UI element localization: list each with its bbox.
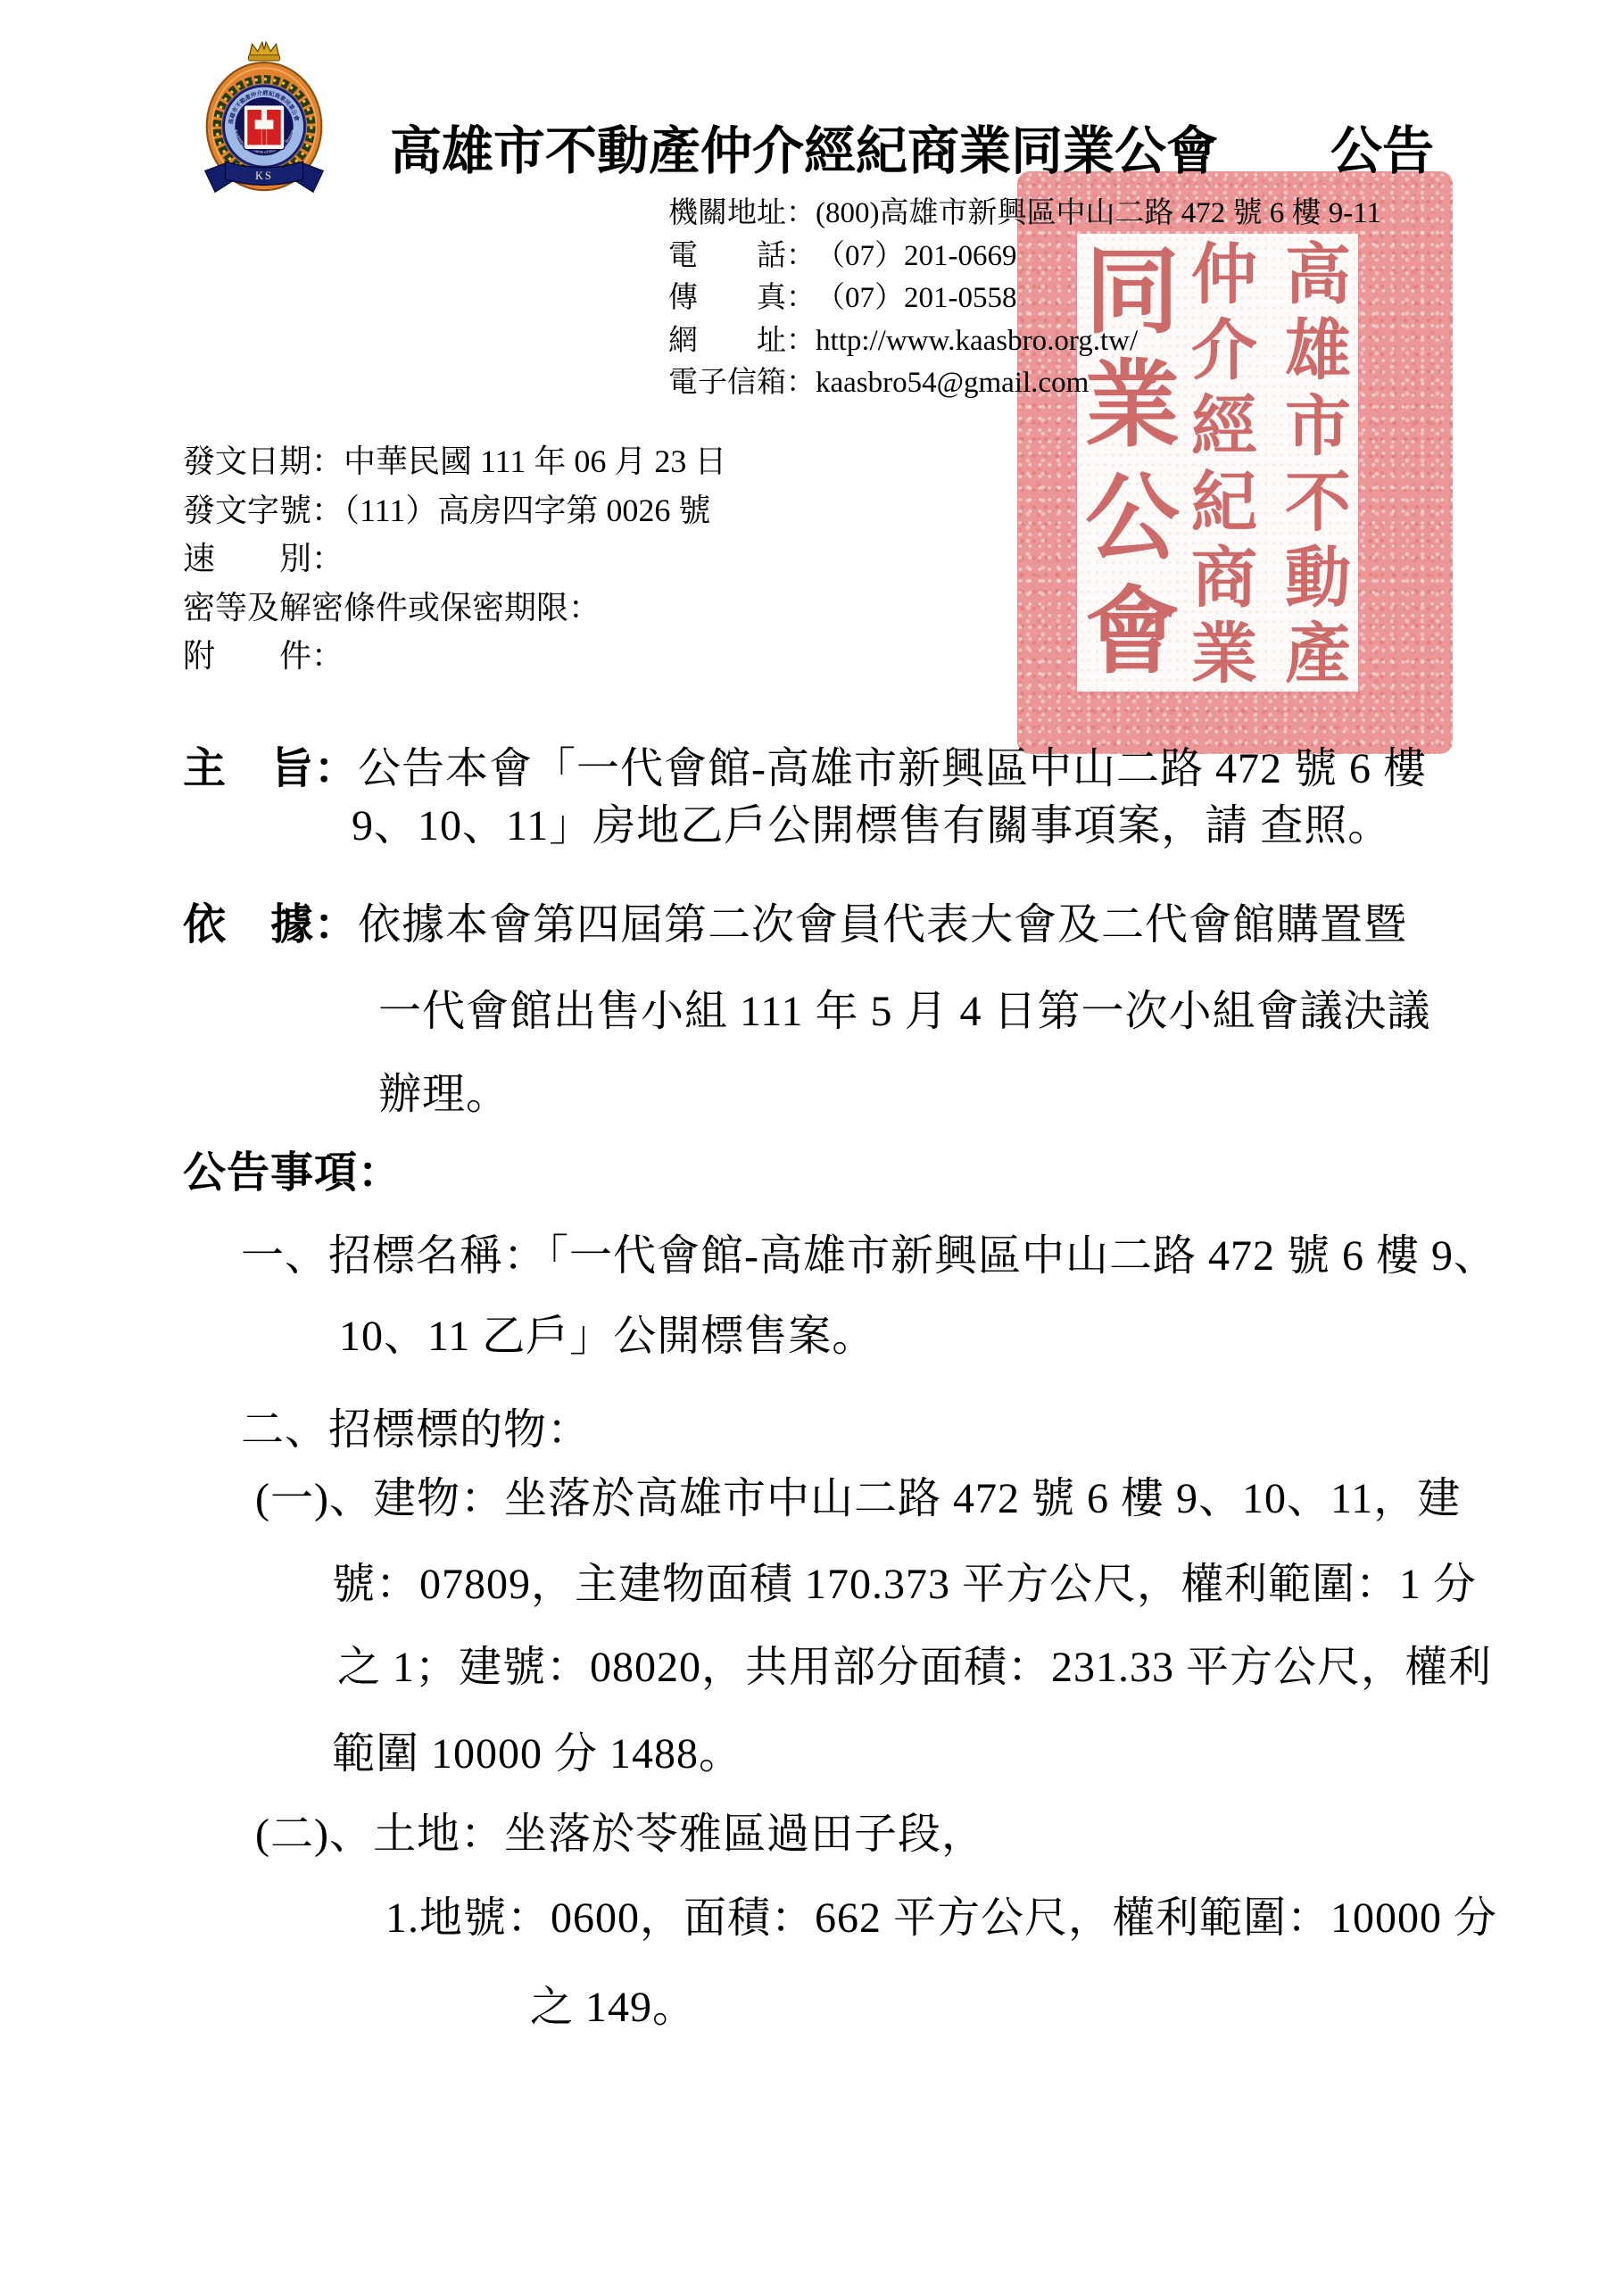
basis-line-3: 辦理。 (378, 1070, 510, 1120)
contact-row-fax: 傳 真：（07）201-0558 (668, 278, 1381, 320)
meta-row-attachment: 附 件： (183, 632, 726, 681)
contact-label: 網 址： (668, 320, 816, 363)
basis-line-2: 一代會館出售小組 111 年 5 月 4 日第一次小組會議決議 (378, 987, 1430, 1037)
contact-value-url: http://www.kaasbro.org.tw/ (816, 325, 1138, 357)
crown-icon (248, 42, 279, 61)
contact-label: 傳 真： (668, 278, 816, 320)
land-line-3: 之 149。 (530, 1983, 696, 2033)
document-title-row: 高雄市不動產仲介經紀商業同業公會公告 (390, 109, 1434, 184)
meta-label: 速 別： (183, 541, 344, 576)
meta-label: 密等及解密條件或保密期限： (183, 590, 601, 626)
association-title: 高雄市不動產仲介經紀商業同業公會 (390, 122, 1218, 180)
contact-value: （07）201-0558 (816, 282, 1017, 314)
meta-value: （111）高房四字第 0026 號 (344, 493, 710, 528)
contact-value: (800)高雄市新興區中山二路 472 號 6 樓 9-11 (816, 197, 1381, 229)
land-line-2: 1.地號：0600，面積：662 平方公尺，權利範圍：10000 分 (385, 1894, 1497, 1944)
document-meta-block: 發文日期：中華民國 111 年 06 月 23 日 發文字號：（111）高房四字… (183, 437, 726, 681)
association-emblem-logo: 高雄市不動產仲介經紀商業同業公會 Kaohsiung Association o… (190, 41, 338, 203)
subject-line-2: 9、10、11」房地乙戶公開標售有關事項案，請 查照。 (352, 801, 1391, 851)
contact-label: 電 話： (668, 236, 816, 278)
item1-line-1: 一、招標名稱：「一代會館-高雄市新興區中山二路 472 號 6 樓 9、 (241, 1231, 1497, 1281)
subject-line-1: 主 旨：公告本會「一代會館-高雄市新興區中山二路 472 號 6 樓 (183, 744, 1427, 794)
contact-row-email: 電子信箱：kaasbro54@gmail.com (668, 362, 1381, 405)
contact-row-address: 機關地址：(800)高雄市新興區中山二路 472 號 6 樓 9-11 (668, 193, 1381, 236)
building-line-3: 之 1；建號：08020，共用部分面積：231.33 平方公尺，權利 (337, 1643, 1492, 1693)
doc-type-label: 公告 (1330, 122, 1434, 180)
meta-label: 發文日期： (183, 443, 344, 479)
building-line-4: 範圍 10000 分 1488。 (332, 1729, 742, 1779)
meta-value: 中華民國 111 年 06 月 23 日 (344, 443, 726, 479)
land-line-1: (二)、土地：坐落於苓雅區過田子段， (255, 1810, 985, 1860)
announcement-heading: 公告事項： (183, 1148, 402, 1198)
document-page: 高雄市不動產 仲介經紀商業 同業公會 高雄市不動產仲介經紀商業同業公會 Kaoh… (0, 0, 1624, 2296)
meta-label: 發文字號： (183, 493, 344, 528)
contact-row-phone: 電 話：（07）201-0669 (668, 236, 1381, 278)
contact-value: （07）201-0669 (816, 240, 1017, 272)
meta-row-priority: 速 別： (183, 535, 726, 584)
ribbon-ks-text: KS (255, 170, 273, 182)
basis-label: 依 據： (183, 901, 358, 949)
item2-heading: 二、招標標的物： (241, 1405, 591, 1455)
contact-value-email: kaasbro54@gmail.com (816, 367, 1089, 399)
meta-label: 附 件： (183, 638, 344, 674)
meta-row-doc-number: 發文字號：（111）高房四字第 0026 號 (183, 486, 726, 535)
contact-row-website: 網 址：http://www.kaasbro.org.tw/ (668, 320, 1381, 363)
meta-row-secrecy: 密等及解密條件或保密期限： (183, 584, 726, 633)
building-line-1: (一)、建物：坐落於高雄市中山二路 472 號 6 樓 9、10、11，建 (255, 1474, 1461, 1524)
contact-label: 機關地址： (668, 193, 816, 236)
subject-label: 主 旨： (183, 745, 358, 792)
building-line-2: 號：07809，主建物面積 170.373 平方公尺，權利範圍：1 分 (332, 1560, 1477, 1610)
basis-text: 依據本會第四屆第二次會員代表大會及二代會館購置暨 (358, 901, 1407, 949)
meta-row-date: 發文日期：中華民國 111 年 06 月 23 日 (183, 437, 726, 486)
contact-label: 電子信箱： (668, 362, 816, 405)
item1-line-2: 10、11 乙戶」公開標售案。 (339, 1312, 875, 1362)
contact-block: 機關地址：(800)高雄市新興區中山二路 472 號 6 樓 9-11 電 話：… (668, 193, 1381, 405)
subject-text: 公告本會「一代會館-高雄市新興區中山二路 472 號 6 樓 (358, 745, 1427, 792)
basis-line-1: 依 據：依據本會第四屆第二次會員代表大會及二代會館購置暨 (183, 900, 1407, 950)
